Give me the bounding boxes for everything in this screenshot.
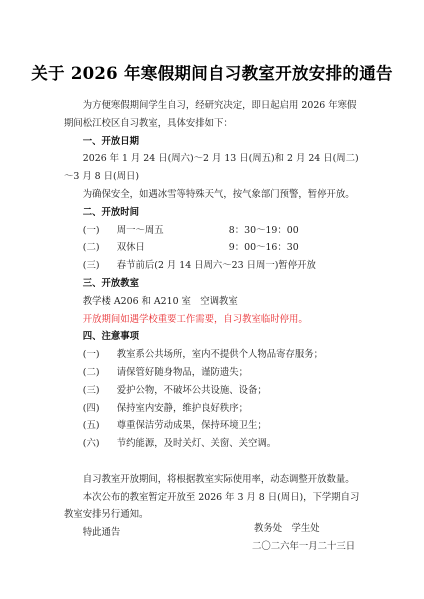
rooms-text: 教学楼 A206 和 A210 室 空调教室 <box>64 293 360 311</box>
item-text: 保持室内安静，维护良好秩序； <box>117 400 248 418</box>
item-number: (四) <box>83 400 117 418</box>
notes-item: (四) 保持室内安静，维护良好秩序； <box>64 400 360 418</box>
spacer <box>64 453 360 471</box>
section-heading-dates: 一、开放日期 <box>64 133 360 151</box>
item-number: (二) <box>83 239 117 257</box>
section-heading-rooms: 三、开放教室 <box>64 275 360 293</box>
item-text: 节约能源，及时关灯、关窗、关空调。 <box>117 435 276 453</box>
section-heading-hours: 二、开放时间 <box>64 204 360 222</box>
item-number: (三) <box>83 382 117 400</box>
notes-item: (一) 教室系公共场所，室内不提供个人物品寄存服务； <box>64 346 360 364</box>
weather-note: 为确保安全，如遇冰雪等特殊天气，按气象部门预警，暂停开放。 <box>64 186 360 204</box>
item-number: (六) <box>83 435 117 453</box>
item-number: (一) <box>83 346 117 364</box>
intro-paragraph: 为方便寒假期间学生自习，经研究决定，即日起启用 2026 年寒假期间松江校区自习… <box>64 97 360 133</box>
item-number: (二) <box>83 364 117 382</box>
item-label: 周一～周五 <box>117 222 229 240</box>
document-page: 关于 2026 年寒假期间自习教室开放安排的通告 为方便寒假期间学生自习，经研究… <box>0 0 424 599</box>
item-number: (三) <box>83 257 117 275</box>
notes-item: (三) 爱护公物，不破坏公共设施、设备； <box>64 382 360 400</box>
item-text: 请保管好随身物品，谨防遗失； <box>117 364 248 382</box>
item-label: 春节前后(2 月 14 日周六～23 日周一)暂停开放 <box>117 257 316 275</box>
notice-title: 关于 2026 年寒假期间自习教室开放安排的通告 <box>0 60 424 84</box>
issuing-departments: 教务处 学生处 <box>254 520 320 538</box>
open-dates-text: 2026 年 1 月 24 日(周六)～2 月 13 日(周五)和 2 月 24… <box>64 150 360 186</box>
section-heading-notes: 四、注意事项 <box>64 328 360 346</box>
item-value: 8：30～19：00 <box>229 222 299 240</box>
item-text: 教室系公共场所，室内不提供个人物品寄存服务； <box>117 346 323 364</box>
item-number: (五) <box>83 417 117 435</box>
item-number: (一) <box>83 222 117 240</box>
closing-paragraph: 本次公布的教室暂定开放至 2026 年 3 月 8 日(周日)，下学期自习教室安… <box>64 489 360 525</box>
issue-date: 二〇二六年一月二十三日 <box>252 538 355 556</box>
item-text: 爱护公物，不破坏公共设施、设备； <box>117 382 267 400</box>
notes-item: (六) 节约能源，及时关灯、关窗、关空调。 <box>64 435 360 453</box>
notes-item: (五) 尊重保洁劳动成果，保持环境卫生； <box>64 417 360 435</box>
item-label: 双休日 <box>117 239 229 257</box>
item-text: 尊重保洁劳动成果，保持环境卫生； <box>117 417 267 435</box>
hours-item: (二) 双休日 9：00～16：30 <box>64 239 360 257</box>
suspension-notice: 开放期间如遇学校重要工作需要，自习教室临时停用。 <box>64 311 360 329</box>
closing-paragraph: 自习教室开放期间，将根据教室实际使用率，动态调整开放数量。 <box>64 471 360 489</box>
notes-item: (二) 请保管好随身物品，谨防遗失； <box>64 364 360 382</box>
hours-item: (三) 春节前后(2 月 14 日周六～23 日周一)暂停开放 <box>64 257 360 275</box>
hours-item: (一) 周一～周五 8：30～19：00 <box>64 222 360 240</box>
item-value: 9：00～16：30 <box>229 239 299 257</box>
notice-body: 为方便寒假期间学生自习，经研究决定，即日起启用 2026 年寒假期间松江校区自习… <box>64 97 360 542</box>
